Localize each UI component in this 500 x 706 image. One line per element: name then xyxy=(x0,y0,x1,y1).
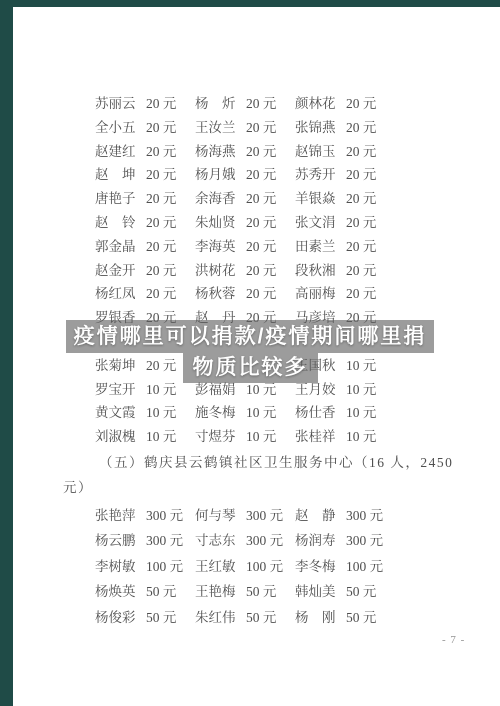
donor-name: 杨 炘 xyxy=(195,92,241,116)
donor-amount: 20 元 xyxy=(146,211,176,235)
donor-cell: 李树敏100 元 xyxy=(95,554,195,579)
donor-name: 张艳萍 xyxy=(95,503,141,528)
donor-name: 张桂祥 xyxy=(295,425,341,449)
donor-cell: 唐艳子20 元 xyxy=(95,187,195,211)
donor-name: 李冬梅 xyxy=(295,554,341,579)
donor-cell: 黄文霞10 元 xyxy=(95,401,195,425)
donor-row: 苏丽云20 元杨 炘20 元颜林花20 元 xyxy=(95,92,395,116)
donor-amount: 300 元 xyxy=(246,528,283,553)
donor-name: 全小五 xyxy=(95,116,141,140)
donor-cell: 张锦燕20 元 xyxy=(295,116,395,140)
donor-name: 苏丽云 xyxy=(95,92,141,116)
donor-amount: 20 元 xyxy=(246,187,276,211)
donor-amount: 10 元 xyxy=(246,401,276,425)
donor-cell: 杨月娥20 元 xyxy=(195,163,295,187)
donor-name: 赵 铃 xyxy=(95,211,141,235)
donor-name: 罗银香 xyxy=(95,306,141,330)
donor-cell: 赵 丹20 元 xyxy=(195,306,295,330)
donor-name: 李树敏 xyxy=(95,554,141,579)
donor-amount: 20 元 xyxy=(346,163,376,187)
donor-cell: 罗宝开10 元 xyxy=(95,378,195,402)
donor-cell: 高丽梅20 元 xyxy=(295,282,395,306)
donor-table-section-1: 苏丽云20 元杨 炘20 元颜林花20 元全小五20 元王汝兰20 元张锦燕20… xyxy=(95,92,395,449)
donor-cell: 王月姣10 元 xyxy=(295,378,395,402)
donor-cell: 杨俊彩50 元 xyxy=(95,605,195,630)
donor-amount: 50 元 xyxy=(246,605,276,630)
donor-amount: 20 元 xyxy=(346,187,376,211)
donor-name: 杨仕香 xyxy=(295,401,341,425)
document-page: { "colors": { "frame": "#1f4b47", "page_… xyxy=(0,0,500,706)
donor-amount: 20 元 xyxy=(246,163,276,187)
donor-amount: 20 元 xyxy=(246,211,276,235)
section-heading-line-2: 元） xyxy=(63,475,455,500)
donor-cell: 韩灿美50 元 xyxy=(295,579,395,604)
donor-name: 王国秋 xyxy=(295,354,341,378)
donor-name: 何与琴 xyxy=(195,503,241,528)
donor-name: 赵 坤 xyxy=(95,163,141,187)
donor-cell: 杨 炘20 元 xyxy=(195,92,295,116)
donor-cell: 苏秀开20 元 xyxy=(295,163,395,187)
donor-cell: 张艳萍300 元 xyxy=(95,503,195,528)
donor-cell: 郭金晶20 元 xyxy=(95,235,195,259)
donor-amount: 20 元 xyxy=(346,235,376,259)
donor-cell: 赵 坤20 元 xyxy=(95,163,195,187)
donor-amount: 300 元 xyxy=(346,503,383,528)
donor-row: 赵建红20 元杨海燕20 元赵锦玉20 元 xyxy=(95,140,395,164)
donor-cell: 施冬梅10 元 xyxy=(195,401,295,425)
donor-amount: 100 元 xyxy=(346,554,383,579)
donor-name: 刘淑槐 xyxy=(95,425,141,449)
donor-row: 赵金开20 元洪树花20 元段秋湘20 元 xyxy=(95,259,395,283)
donor-cell: 王红敏100 元 xyxy=(195,554,295,579)
section-heading: （五）鹤庆县云鹤镇社区卫生服务中心（16 人，2450 元） xyxy=(63,450,455,500)
donor-cell: 杨仕香10 元 xyxy=(295,401,395,425)
donor-row: 杨红凤20 元杨秋蓉20 元高丽梅20 元 xyxy=(95,282,395,306)
donor-cell: 马彦培20 元 xyxy=(295,306,395,330)
donor-cell: 赵锦玉20 元 xyxy=(295,140,395,164)
donor-name: 杨云鹏 xyxy=(95,528,141,553)
donor-name: 张文涓 xyxy=(295,211,341,235)
donor-cell: 苏丽云20 元 xyxy=(95,92,195,116)
donor-name: 颜林花 xyxy=(295,92,341,116)
donor-name: 王艳梅 xyxy=(195,579,241,604)
donor-name: 杨俊彩 xyxy=(95,605,141,630)
donor-cell: 田素兰20 元 xyxy=(295,235,395,259)
donor-cell: 赵建红20 元 xyxy=(95,140,195,164)
donor-row: 罗银香20 元赵 丹20 元马彦培20 元 xyxy=(95,306,395,330)
donor-row: 赵 铃20 元朱灿贤20 元张文涓20 元 xyxy=(95,211,395,235)
donor-amount: 20 元 xyxy=(346,92,376,116)
donor-amount: 20 元 xyxy=(146,187,176,211)
donor-name: 杨秋蓉 xyxy=(195,282,241,306)
donor-name: 杨 刚 xyxy=(295,605,341,630)
donor-cell: 李海英20 元 xyxy=(195,235,295,259)
donor-amount: 10 元 xyxy=(346,401,376,425)
donor-table-section-2: 张艳萍300 元何与琴300 元赵 静300 元杨云鹏300 元寸志东300 元… xyxy=(95,503,395,630)
donor-amount: 50 元 xyxy=(146,579,176,604)
donor-name: 彭福娟 xyxy=(195,378,241,402)
donor-name: 朱灿贤 xyxy=(195,211,241,235)
frame-top-border xyxy=(0,0,500,7)
donor-cell: 赵金开20 元 xyxy=(95,259,195,283)
donor-amount: 300 元 xyxy=(246,503,283,528)
donor-cell: 王艳梅50 元 xyxy=(195,579,295,604)
donor-name: 杨月娥 xyxy=(195,163,241,187)
donor-amount: 10 元 xyxy=(346,425,376,449)
donor-name: 杨海燕 xyxy=(195,140,241,164)
donor-cell: 赵 静300 元 xyxy=(295,503,395,528)
donor-amount: 20 元 xyxy=(146,235,176,259)
donor-cell: 赵 铃20 元 xyxy=(95,211,195,235)
donor-amount: 20 元 xyxy=(246,92,276,116)
donor-amount: 20 元 xyxy=(346,282,376,306)
donor-cell: 李冬梅100 元 xyxy=(295,554,395,579)
donor-amount: 300 元 xyxy=(146,503,183,528)
donor-amount: 10 元 xyxy=(146,378,176,402)
donor-row: 赵 坤20 元杨月娥20 元苏秀开20 元 xyxy=(95,163,395,187)
donor-cell: 杨润寿300 元 xyxy=(295,528,395,553)
donor-name xyxy=(195,330,241,354)
donor-cell: 杨焕英50 元 xyxy=(95,579,195,604)
donor-amount: 10 元 xyxy=(246,378,276,402)
donor-amount: 20 元 xyxy=(146,282,176,306)
donor-cell: 杨红凤20 元 xyxy=(95,282,195,306)
donor-cell xyxy=(195,354,295,378)
donor-amount: 20 元 xyxy=(146,140,176,164)
donor-name: 苏秀开 xyxy=(295,163,341,187)
donor-name: 罗宝开 xyxy=(95,378,141,402)
donor-row: 郭金晶20 元李海英20 元田素兰20 元 xyxy=(95,235,395,259)
donor-row: 刘淑槐10 元寸煜芬10 元张桂祥10 元 xyxy=(95,425,395,449)
donor-cell: 杨海燕20 元 xyxy=(195,140,295,164)
donor-row xyxy=(95,330,395,354)
donor-cell xyxy=(195,330,295,354)
donor-amount: 20 元 xyxy=(146,354,176,378)
donor-amount: 50 元 xyxy=(346,605,376,630)
donor-name: 洪树花 xyxy=(195,259,241,283)
donor-cell: 杨秋蓉20 元 xyxy=(195,282,295,306)
donor-cell: 杨云鹏300 元 xyxy=(95,528,195,553)
donor-name xyxy=(95,330,141,354)
donor-amount: 10 元 xyxy=(146,425,176,449)
donor-amount: 20 元 xyxy=(346,116,376,140)
donor-cell: 朱灿贤20 元 xyxy=(195,211,295,235)
donor-row: 罗宝开10 元彭福娟10 元王月姣10 元 xyxy=(95,378,395,402)
donor-amount: 20 元 xyxy=(246,116,276,140)
donor-cell: 王汝兰20 元 xyxy=(195,116,295,140)
donor-amount: 20 元 xyxy=(246,259,276,283)
donor-amount: 20 元 xyxy=(146,306,176,330)
donor-name: 李海英 xyxy=(195,235,241,259)
donor-amount: 300 元 xyxy=(346,528,383,553)
donor-amount: 20 元 xyxy=(346,306,376,330)
donor-amount: 300 元 xyxy=(146,528,183,553)
donor-name: 张锦燕 xyxy=(295,116,341,140)
donor-cell: 寸志东300 元 xyxy=(195,528,295,553)
donor-row: 李树敏100 元王红敏100 元李冬梅100 元 xyxy=(95,554,395,579)
donor-cell: 张桂祥10 元 xyxy=(295,425,395,449)
donor-cell: 段秋湘20 元 xyxy=(295,259,395,283)
donor-cell: 羊银焱20 元 xyxy=(295,187,395,211)
donor-name xyxy=(195,354,241,378)
donor-name: 赵金开 xyxy=(95,259,141,283)
donor-name: 赵 丹 xyxy=(195,306,241,330)
donor-name: 高丽梅 xyxy=(295,282,341,306)
donor-amount: 20 元 xyxy=(246,306,276,330)
donor-name: 寸煜芬 xyxy=(195,425,241,449)
donor-name: 杨红凤 xyxy=(95,282,141,306)
donor-name: 郭金晶 xyxy=(95,235,141,259)
section-heading-line-1: （五）鹤庆县云鹤镇社区卫生服务中心（16 人，2450 xyxy=(63,450,455,475)
donor-cell xyxy=(95,330,195,354)
donor-amount: 50 元 xyxy=(246,579,276,604)
donor-cell: 彭福娟10 元 xyxy=(195,378,295,402)
donor-name: 马彦培 xyxy=(295,306,341,330)
donor-name: 赵锦玉 xyxy=(295,140,341,164)
donor-amount: 10 元 xyxy=(246,425,276,449)
donor-name: 王汝兰 xyxy=(195,116,241,140)
donor-name: 赵 静 xyxy=(295,503,341,528)
donor-amount: 10 元 xyxy=(346,354,376,378)
donor-amount: 20 元 xyxy=(346,211,376,235)
donor-amount: 10 元 xyxy=(146,401,176,425)
donor-row: 杨俊彩50 元朱红伟50 元杨 刚50 元 xyxy=(95,605,395,630)
donor-cell: 寸煜芬10 元 xyxy=(195,425,295,449)
donor-row: 唐艳子20 元余海香20 元羊银焱20 元 xyxy=(95,187,395,211)
donor-amount: 50 元 xyxy=(346,579,376,604)
donor-cell xyxy=(295,330,395,354)
donor-cell: 洪树花20 元 xyxy=(195,259,295,283)
donor-cell: 颜林花20 元 xyxy=(295,92,395,116)
donor-cell: 全小五20 元 xyxy=(95,116,195,140)
donor-name: 杨润寿 xyxy=(295,528,341,553)
donor-name: 段秋湘 xyxy=(295,259,341,283)
donor-amount: 20 元 xyxy=(246,140,276,164)
donor-row: 黄文霞10 元施冬梅10 元杨仕香10 元 xyxy=(95,401,395,425)
donor-name: 黄文霞 xyxy=(95,401,141,425)
page-number: - 7 - xyxy=(442,634,465,646)
donor-name: 王红敏 xyxy=(195,554,241,579)
donor-amount: 20 元 xyxy=(246,235,276,259)
donor-cell: 朱红伟50 元 xyxy=(195,605,295,630)
donor-name: 朱红伟 xyxy=(195,605,241,630)
donor-cell: 余海香20 元 xyxy=(195,187,295,211)
donor-amount: 20 元 xyxy=(146,116,176,140)
donor-cell: 杨 刚50 元 xyxy=(295,605,395,630)
donor-name: 田素兰 xyxy=(295,235,341,259)
donor-row: 全小五20 元王汝兰20 元张锦燕20 元 xyxy=(95,116,395,140)
donor-cell: 王国秋10 元 xyxy=(295,354,395,378)
donor-amount: 20 元 xyxy=(146,259,176,283)
donor-name: 杨焕英 xyxy=(95,579,141,604)
donor-amount: 20 元 xyxy=(346,140,376,164)
donor-name xyxy=(295,330,341,354)
donor-amount: 100 元 xyxy=(146,554,183,579)
donor-name: 寸志东 xyxy=(195,528,241,553)
donor-cell: 刘淑槐10 元 xyxy=(95,425,195,449)
donor-row: 张菊坤20 元王国秋10 元 xyxy=(95,354,395,378)
donor-amount: 20 元 xyxy=(146,92,176,116)
donor-name: 唐艳子 xyxy=(95,187,141,211)
donor-row: 杨云鹏300 元寸志东300 元杨润寿300 元 xyxy=(95,528,395,553)
donor-amount: 20 元 xyxy=(346,259,376,283)
donor-name: 韩灿美 xyxy=(295,579,341,604)
donor-row: 杨焕英50 元王艳梅50 元韩灿美50 元 xyxy=(95,579,395,604)
donor-name: 施冬梅 xyxy=(195,401,241,425)
donor-cell: 张文涓20 元 xyxy=(295,211,395,235)
donor-cell: 何与琴300 元 xyxy=(195,503,295,528)
donor-row: 张艳萍300 元何与琴300 元赵 静300 元 xyxy=(95,503,395,528)
donor-amount: 50 元 xyxy=(146,605,176,630)
donor-amount: 20 元 xyxy=(246,282,276,306)
donor-amount: 10 元 xyxy=(346,378,376,402)
donor-amount: 20 元 xyxy=(146,163,176,187)
frame-left-border xyxy=(0,0,13,706)
donor-cell: 张菊坤20 元 xyxy=(95,354,195,378)
donor-name: 王月姣 xyxy=(295,378,341,402)
donor-amount: 100 元 xyxy=(246,554,283,579)
donor-name: 羊银焱 xyxy=(295,187,341,211)
donor-cell: 罗银香20 元 xyxy=(95,306,195,330)
donor-name: 赵建红 xyxy=(95,140,141,164)
donor-name: 余海香 xyxy=(195,187,241,211)
donor-name: 张菊坤 xyxy=(95,354,141,378)
